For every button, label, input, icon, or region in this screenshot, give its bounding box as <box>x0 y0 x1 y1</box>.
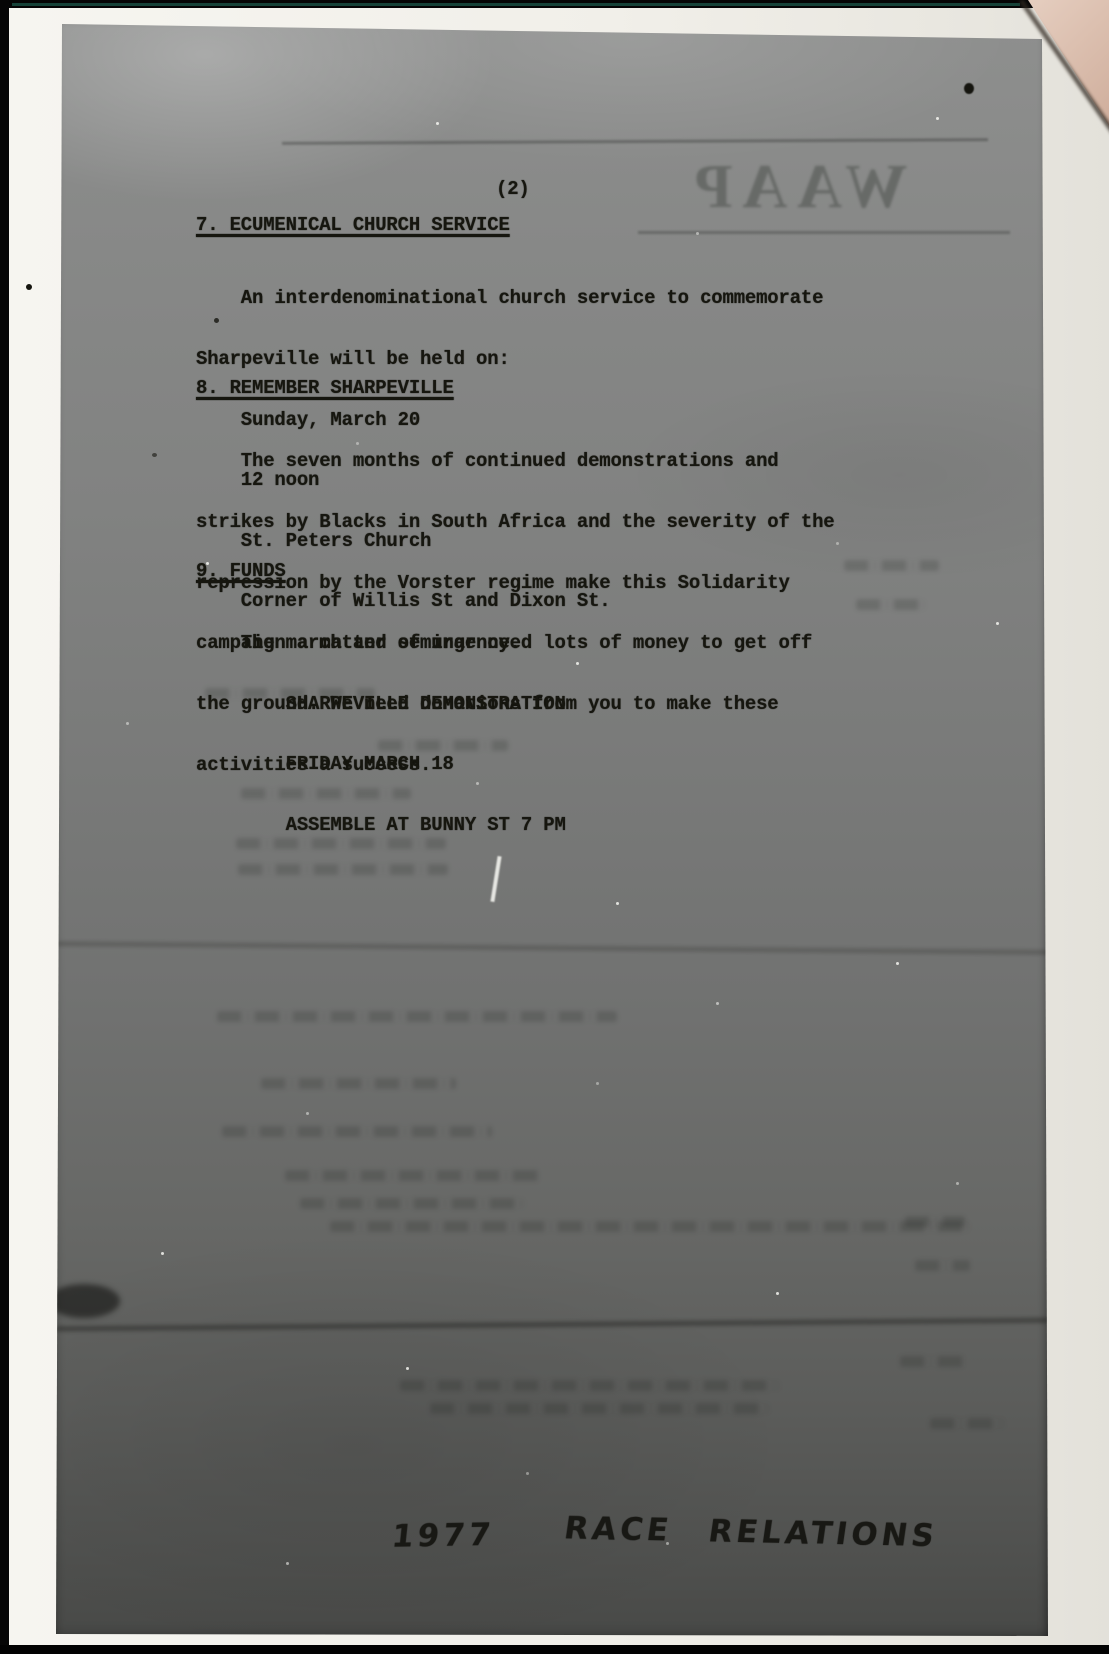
ghost-row <box>844 560 939 571</box>
dust-speck <box>126 722 129 725</box>
dust-speck <box>286 1562 289 1565</box>
ghost-row <box>905 1216 965 1227</box>
crease-line <box>56 942 1048 955</box>
ghost-row <box>900 1356 965 1367</box>
frame-bottom <box>0 1645 1109 1654</box>
ghost-row <box>915 1260 970 1271</box>
section-9-heading: 9. FUNDS <box>196 561 286 581</box>
dust-speck <box>836 542 839 545</box>
frame-left <box>0 0 9 1654</box>
bleedthrough-rule <box>282 138 988 145</box>
dust-speck <box>956 1182 959 1185</box>
section-9-body: The march and seminar need lots of money… <box>196 593 812 815</box>
margin-speck <box>26 284 32 290</box>
ink-speck <box>152 453 157 457</box>
ghost-row <box>856 599 926 610</box>
typed-line: Sharpeville will be held on: <box>196 349 823 369</box>
section-8-heading: 8. REMEMBER SHARPEVILLE <box>196 378 454 398</box>
dust-speck <box>526 1472 529 1475</box>
scanned-photo: WAAP <box>0 0 1109 1654</box>
typed-line: activities a success. <box>196 755 812 775</box>
dust-speck <box>696 232 699 235</box>
typed-line: ASSEMBLE AT BUNNY ST 7 PM <box>196 815 835 835</box>
section-7-heading: 7. ECUMENICAL CHURCH SERVICE <box>196 215 510 235</box>
dust-speck <box>436 122 439 125</box>
ghost-row <box>430 1403 770 1414</box>
ink-speck <box>964 83 974 94</box>
typed-line: the ground. We need donations from you t… <box>196 694 812 714</box>
dust-speck <box>596 1082 599 1085</box>
ghost-row <box>930 1418 1005 1429</box>
typed-line: The seven months of continued demonstrat… <box>196 451 835 471</box>
page-number: (2) <box>496 179 530 199</box>
dust-speck <box>776 1292 779 1295</box>
typed-line: strikes by Blacks in South Africa and th… <box>196 512 835 532</box>
ghost-row <box>222 1126 492 1137</box>
dust-speck <box>306 1112 309 1115</box>
ghost-row <box>300 1198 525 1209</box>
ink-blob <box>48 1284 120 1318</box>
typed-line: repression by the Vorster regime make th… <box>196 573 835 593</box>
typed-line: An interdenominational church service to… <box>196 288 823 308</box>
ghost-row <box>261 1078 456 1089</box>
ghost-row <box>217 1011 617 1022</box>
dust-speck <box>896 962 899 965</box>
dust-speck <box>406 1367 409 1370</box>
bleedthrough-masthead: WAAP <box>631 152 961 223</box>
typed-line: The march and seminar need lots of money… <box>196 633 812 653</box>
handwritten-label: RACE RELATIONS <box>562 1510 940 1554</box>
crease-line <box>56 1318 1048 1332</box>
dust-speck <box>996 622 999 625</box>
ghost-row <box>400 1380 780 1391</box>
document-page: WAAP <box>56 22 1048 1640</box>
ghost-row <box>330 1221 970 1232</box>
ghost-row <box>285 1170 540 1181</box>
dust-speck <box>716 1002 719 1005</box>
scanner-edge-line <box>12 3 1020 6</box>
dust-speck <box>616 902 619 905</box>
dust-speck <box>161 1252 164 1255</box>
dust-speck <box>936 117 939 120</box>
handwritten-year: 1977 <box>390 1517 496 1555</box>
bleedthrough-rule <box>638 231 1010 234</box>
